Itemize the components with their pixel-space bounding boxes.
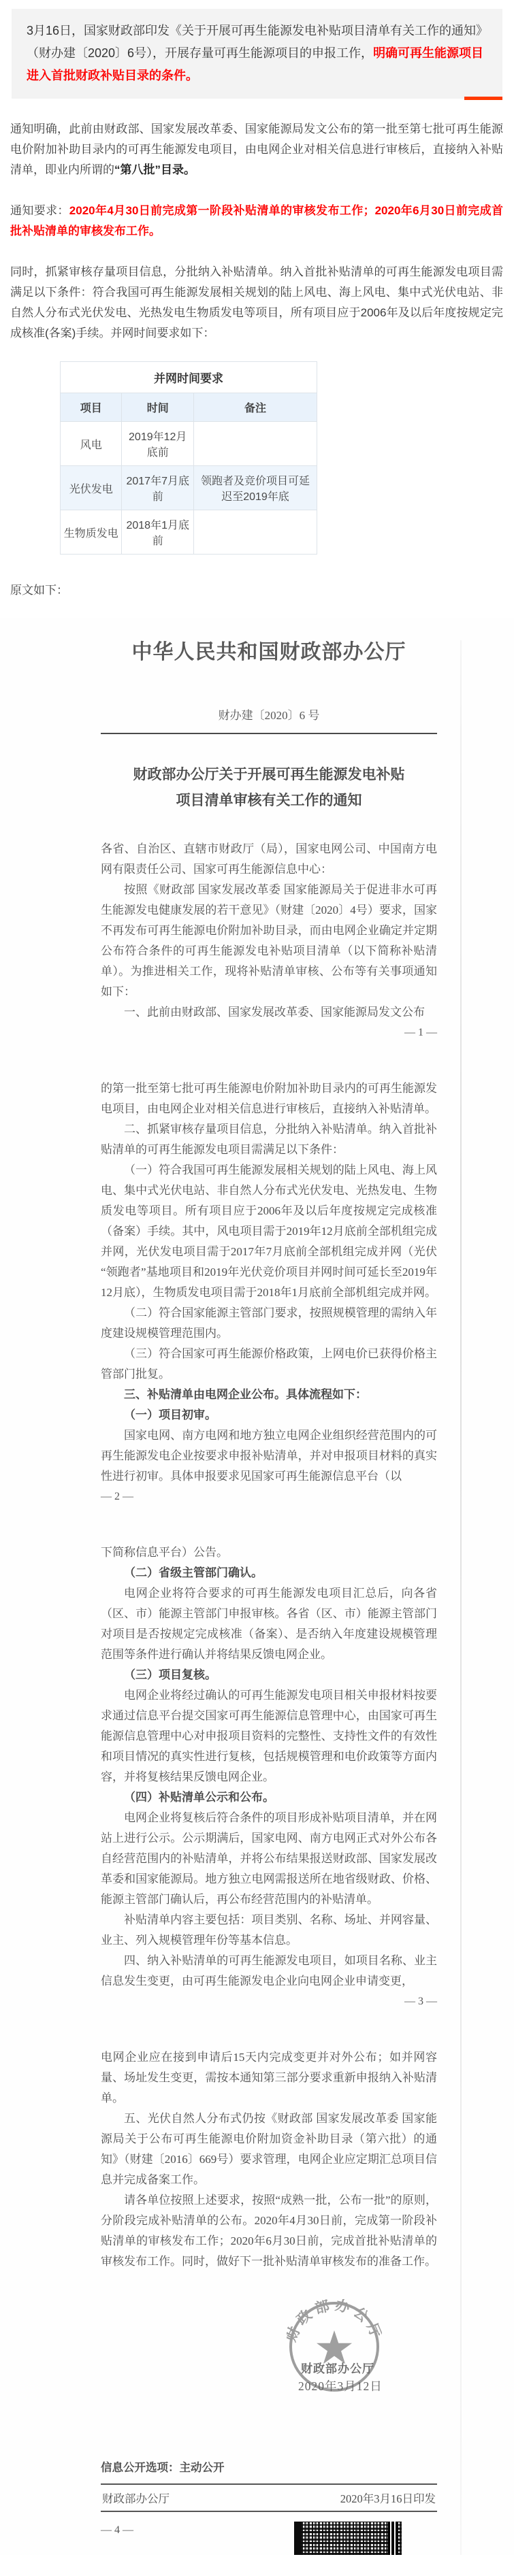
paragraph-batch8: 通知明确，此前由财政部、国家发展改革委、国家能源局发文公布的第一批至第七批可再生…	[10, 119, 503, 180]
page-gap	[101, 2008, 437, 2047]
doc-paragraph: 电网企业应在接到申请后15天内完成变更并对外公布；如并网容量、场址发生变更，需按…	[101, 2047, 437, 2109]
doc-paragraph: 五、光伏自然人分布式仍按《财政部 国家发展改革委 国家能源局关于公布可再生能源电…	[101, 2109, 437, 2190]
cell-project: 风电	[61, 422, 122, 466]
deadline-label: 通知要求：	[10, 204, 69, 217]
doc-paragraph: 一、此前由财政部、国家发展改革委、国家能源局发文公布	[101, 1002, 437, 1023]
scan-page-3: 下简称信息平台）公告。 （二）省级主管部门确认。 电网企业将符合要求的可再生能源…	[101, 1542, 437, 2008]
document-title: 财政部办公厅关于开展可再生能源发电补贴项目清单审核有关工作的通知	[129, 761, 409, 813]
doc-paragraph: 电网企业将经过确认的可再生能源发电项目相关申报材料按要求通过信息平台提交国家可再…	[101, 1685, 437, 1787]
doc-paragraph: （三）符合国家可再生能源价格政策，上网电价已获得价格主管部门批复。	[101, 1344, 437, 1385]
doc-section-header: 三、补贴清单由电网企业公布。具体流程如下：	[101, 1385, 437, 1405]
doc-paragraph: 请各单位按照上述要求，按照“成熟一批，公布一批”的原则，分阶段完成补贴清单的公布…	[101, 2190, 437, 2272]
header-rule	[101, 733, 437, 734]
salute-line: 各省、自治区、直辖市财政厅（局），国家电网公司、中国南方电网有限责任公司、国家可…	[101, 839, 437, 880]
cell-note: 领跑者及竞价项目可延迟至2019年底	[194, 466, 317, 510]
paragraph-conditions: 同时，抓紧审核存量项目信息，分批纳入补贴清单。纳入首批补贴清单的可再生能源发电项…	[10, 262, 503, 344]
paragraph-batch8-text: 通知明确，此前由财政部、国家发展改革委、国家能源局发文公布的第一批至第七批可再生…	[10, 122, 503, 176]
scan-page-4: 电网企业应在接到申请后15天内完成变更并对外公布；如并网容量、场址发生变更，需按…	[101, 2047, 437, 2555]
doc-paragraph: 补贴清单内容主要包括：项目类别、名称、场址、并网容量、业主、列入规模管理年份等基…	[101, 1910, 437, 1951]
col-header-project: 项目	[61, 393, 122, 422]
page-number-4: — 4 —	[101, 2524, 133, 2537]
doc-paragraph: 下简称信息平台）公告。	[101, 1542, 437, 1563]
doc-paragraph: 按照《财政部 国家发展改革委 国家能源局关于促进非水可再生能源发电健康发展的若干…	[101, 880, 437, 1002]
doc-paragraph: 二、抓紧审核存量项目信息，分批纳入补贴清单。纳入首批补贴清单的可再生能源发电项目…	[101, 1119, 437, 1160]
cell-note	[194, 422, 317, 466]
footer-issuer: 财政部办公厅	[102, 2490, 170, 2506]
grid-connection-table: 并网时间要求 项目 时间 备注 风电 2019年12月底前 光伏发电 2017年…	[60, 361, 317, 555]
doc-section-header: （二）省级主管部门确认。	[101, 1563, 437, 1583]
footer-print-date: 2020年3月16日印发	[340, 2490, 436, 2506]
page-gap	[101, 1503, 437, 1542]
print-footer: 财政部办公厅 2020年3月16日印发	[101, 2483, 437, 2512]
table-row-pv: 光伏发电 2017年7月底前 领跑者及竞价项目可延迟至2019年底	[61, 466, 317, 510]
issuing-org-title: 中华人民共和国财政部办公厅	[101, 640, 437, 665]
issuer-name-over-seal: 财政部办公厅	[301, 2359, 374, 2376]
cell-time: 2017年7月底前	[122, 466, 194, 510]
scan-page-1: 中华人民共和国财政部办公厅 财办建〔2020〕6 号 财政部办公厅关于开展可再生…	[101, 640, 437, 1039]
disclosure-line: 信息公开选项：主动公开	[101, 2458, 437, 2475]
table-header-row: 项目 时间 备注	[61, 393, 317, 422]
cell-time: 2018年1月底前	[122, 510, 194, 555]
cell-project: 光伏发电	[61, 466, 122, 510]
table-title: 并网时间要求	[61, 362, 317, 393]
page-number-3: — 3 —	[101, 1996, 437, 2008]
source-label: 原文如下：	[10, 580, 503, 601]
document-number: 财办建〔2020〕6 号	[101, 706, 437, 723]
deadline-red-text: 2020年4月30日前完成第一阶段补贴清单的审核发布工作；2020年6月30日前…	[10, 204, 503, 237]
doc-paragraph: 电网企业将符合要求的可再生能源发电项目汇总后，向各省（区、市）能源主管部门申报审…	[101, 1583, 437, 1665]
cell-time: 2019年12月底前	[122, 422, 194, 466]
accent-bar	[464, 97, 502, 100]
doc-section-header: （一）项目初审。	[101, 1405, 437, 1425]
doc-paragraph: 国家电网、南方电网和地方独立电网企业组织经营范围内的可再生能源发电企业按要求申报…	[101, 1425, 437, 1487]
doc-paragraph: （二）符合国家能源主管部门要求，按照规模管理的需纳入年度建设规模管理范围内。	[101, 1303, 437, 1344]
col-header-time: 时间	[122, 393, 194, 422]
doc-paragraph: （一）符合我国可再生能源发展相关规划的陆上风电、海上风电、集中式光伏电站、非自然…	[101, 1160, 437, 1303]
page-number-2: — 2 —	[101, 1491, 437, 1503]
doc-paragraph: 四、纳入补贴清单的可再生能源发电项目，如项目名称、业主信息发生变更，由可再生能源…	[101, 1951, 437, 1992]
doc-section-header: （三）项目复核。	[101, 1665, 437, 1685]
scan-page-2: 的第一批至第七批可再生能源电价附加补助目录内的可再生能源发电项目，由电网企业对相…	[101, 1078, 437, 1503]
barcode-2d	[294, 2522, 402, 2555]
page-number-1: — 1 —	[101, 1027, 437, 1039]
summary-box: 3月16日，国家财政部印发《关于开展可再生能源发电补贴项目清单有关工作的通知》（…	[12, 9, 502, 99]
col-header-note: 备注	[194, 393, 317, 422]
scanned-document: 中华人民共和国财政部办公厅 财办建〔2020〕6 号 财政部办公厅关于开展可再生…	[0, 618, 514, 2555]
table-row-wind: 风电 2019年12月底前	[61, 422, 317, 466]
table-row-biomass: 生物质发电 2018年1月底前	[61, 510, 317, 555]
cell-project: 生物质发电	[61, 510, 122, 555]
bottom-row: — 4 —	[101, 2522, 437, 2555]
page-gap	[101, 1039, 437, 1078]
paragraph-deadlines: 通知要求：2020年4月30日前完成第一阶段补贴清单的审核发布工作；2020年6…	[10, 201, 503, 242]
signature-area: 财政部办公厅 财政部办公厅 2020年3月12日	[101, 2299, 437, 2426]
article-page: 3月16日，国家财政部印发《关于开展可再生能源发电补贴项目清单有关工作的通知》（…	[0, 0, 514, 2564]
doc-paragraph: 的第一批至第七批可再生能源电价附加补助目录内的可再生能源发电项目，由电网企业对相…	[101, 1078, 437, 1119]
doc-section-header: （四）补贴清单公示和公布。	[101, 1787, 437, 1808]
cell-note	[194, 510, 317, 555]
document-date: 2020年3月12日	[298, 2377, 383, 2394]
doc-paragraph: 电网企业将复核后符合条件的项目形成补贴项目清单，并在网站上进行公示。公示期满后，…	[101, 1808, 437, 1910]
paragraph-batch8-bold: “第八批”目录。	[114, 163, 195, 176]
